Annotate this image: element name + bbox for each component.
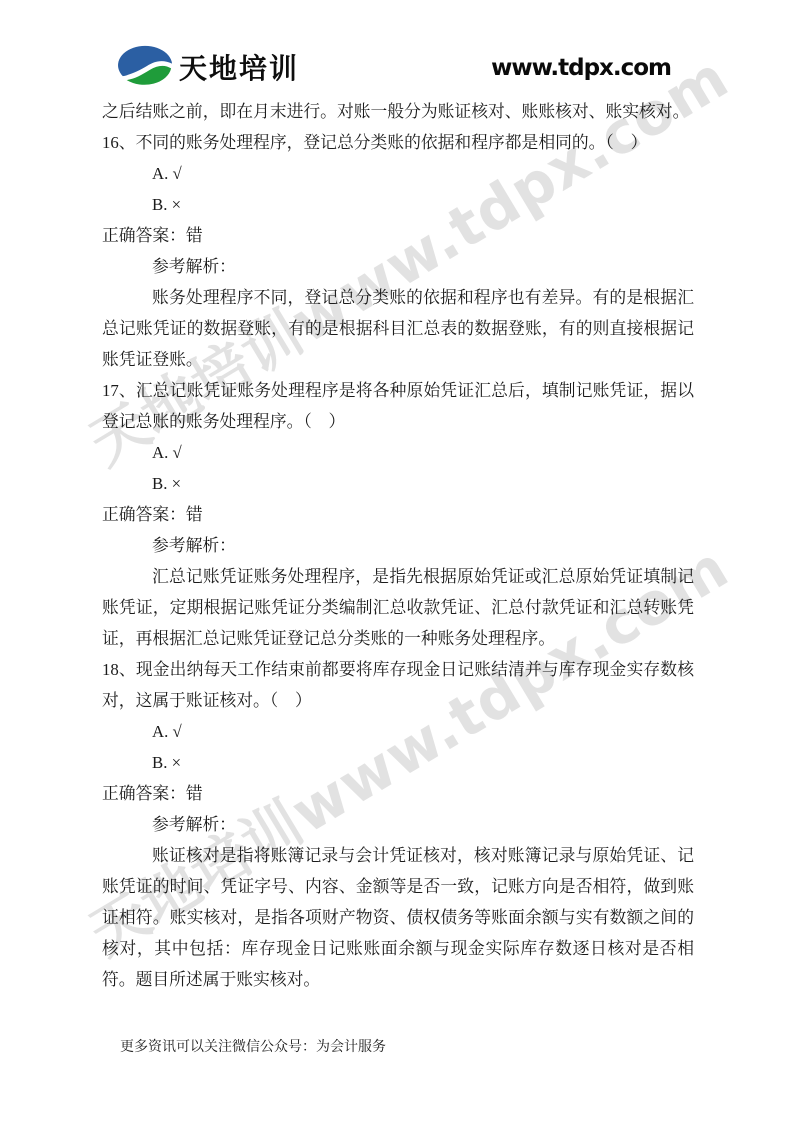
question-16-option-b: B. × xyxy=(102,189,694,220)
question-16-analysis-label: 参考解析： xyxy=(102,251,694,282)
question-17: 17、汇总记账凭证账务处理程序是将各种原始凭证汇总后，填制记账凭证，据以登记总账… xyxy=(102,375,694,437)
question-17-analysis-label: 参考解析： xyxy=(102,530,694,561)
page-header: 天地培训 www.tdpx.com xyxy=(0,0,793,100)
question-18-analysis-label: 参考解析： xyxy=(102,809,694,840)
document-body: 之后结账之前，即在月末进行。对账一般分为账证核对、账账核对、账实核对。 16、不… xyxy=(102,96,694,995)
question-17-answer: 正确答案：错 xyxy=(102,499,694,530)
question-17-explanation: 汇总记账凭证账务处理程序，是指先根据原始凭证或汇总原始凭证填制记账凭证，定期根据… xyxy=(102,561,694,654)
question-18-option-a: A. √ xyxy=(102,716,694,747)
question-18: 18、现金出纳每天工作结束前都要将库存现金日记账结清并与库存现金实存数核对，这属… xyxy=(102,654,694,716)
question-17-option-b: B. × xyxy=(102,468,694,499)
logo-text: 天地培训 xyxy=(179,47,299,87)
question-16-option-a: A. √ xyxy=(102,158,694,189)
question-16: 16、不同的账务处理程序，登记总分类账的依据和程序都是相同的。（ ） xyxy=(102,127,694,158)
footer-note: 更多资讯可以关注微信公众号：为会计服务 xyxy=(120,1038,386,1058)
question-17-option-a: A. √ xyxy=(102,437,694,468)
logo: 天地培训 xyxy=(116,44,299,89)
document-page: 天地培训www.tdpx.com 天地培训www.tdpx.com 天地培训 w… xyxy=(0,0,793,1122)
question-18-explanation: 账证核对是指将账簿记录与会计凭证核对，核对账簿记录与原始凭证、记账凭证的时间、凭… xyxy=(102,840,694,995)
paragraph-continuation: 之后结账之前，即在月末进行。对账一般分为账证核对、账账核对、账实核对。 xyxy=(102,96,694,127)
logo-icon xyxy=(116,44,174,89)
question-18-answer: 正确答案：错 xyxy=(102,778,694,809)
question-16-explanation: 账务处理程序不同，登记总分类账的依据和程序也有差异。有的是根据汇总记账凭证的数据… xyxy=(102,282,694,375)
question-16-answer: 正确答案：错 xyxy=(102,220,694,251)
site-url: www.tdpx.com xyxy=(491,55,671,81)
question-18-option-b: B. × xyxy=(102,747,694,778)
